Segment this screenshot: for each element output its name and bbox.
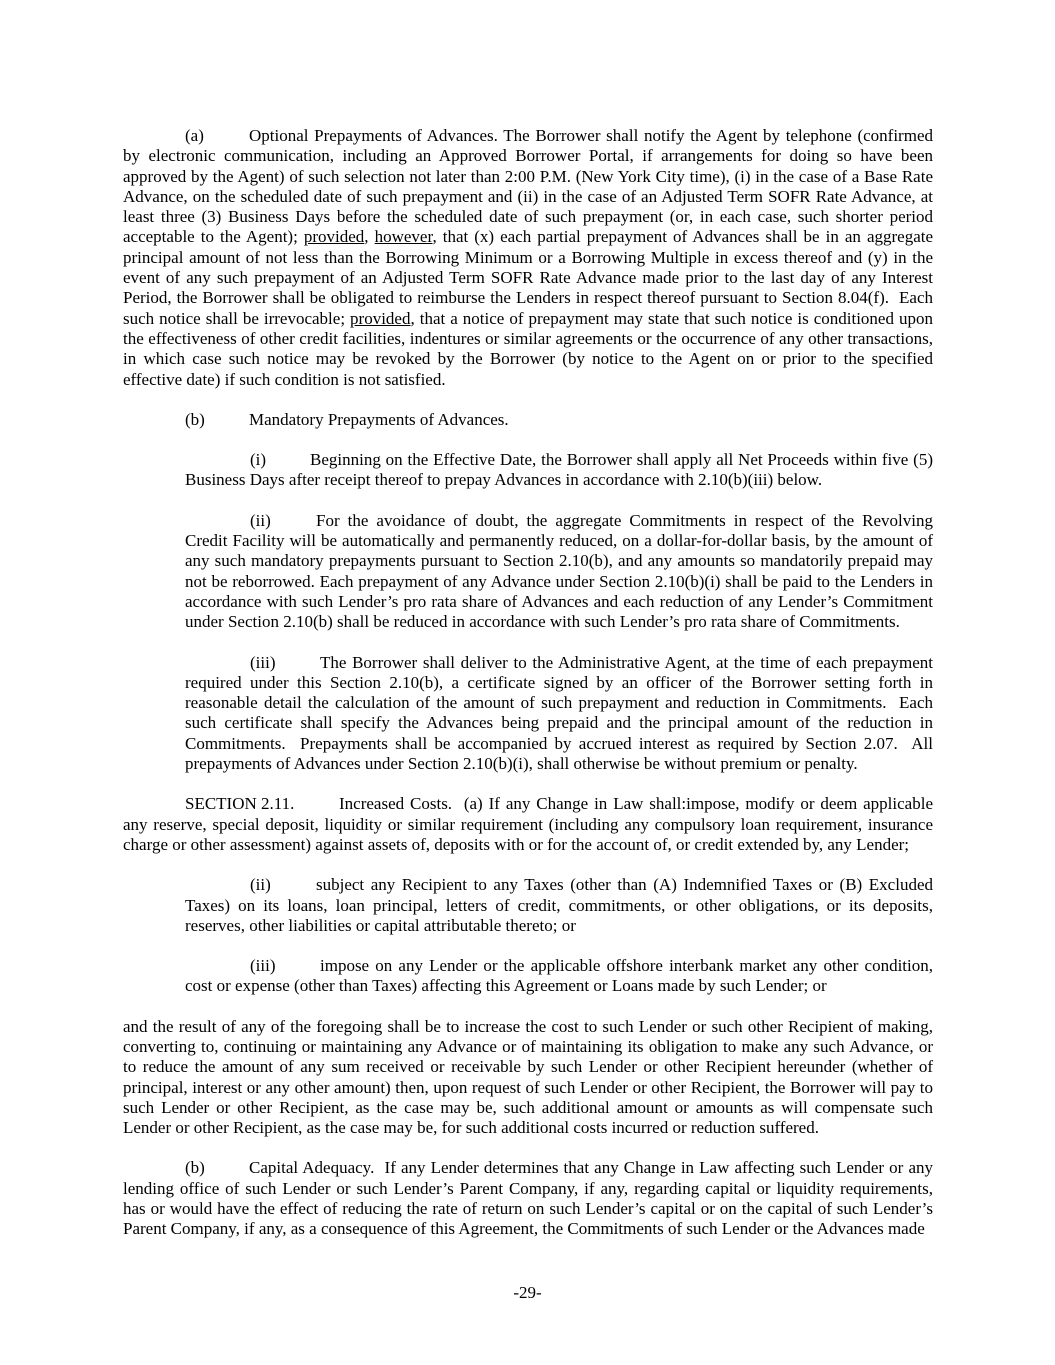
paragraph-a-optional-prepayments-label: (a) <box>185 126 249 146</box>
paragraph-b-capital-adequacy: (b)Capital Adequacy. If any Lender deter… <box>123 1158 933 1239</box>
paragraph-section-2-11-label: SECTION 2.11. <box>185 794 339 814</box>
paragraph-b-sub-ii-label: (ii) <box>250 511 316 531</box>
paragraph-b-sub-i: (i)Beginning on the Effective Date, the … <box>185 450 933 491</box>
paragraph-b-mandatory-prepayments-segment-0: Mandatory Prepayments of Advances. <box>249 410 509 429</box>
paragraph-a-optional-prepayments-segment-2: , <box>364 227 374 246</box>
paragraph-b-capital-adequacy-label: (b) <box>185 1158 249 1178</box>
paragraph-a-optional-prepayments-segment-1: provided <box>304 227 364 246</box>
paragraph-a-optional-prepayments-segment-3: however <box>375 227 433 246</box>
paragraph-b-sub-i-label: (i) <box>250 450 310 470</box>
paragraph-section-2-11-sub-iii: (iii)impose on any Lender or the applica… <box>185 956 933 997</box>
paragraph-section-2-11-sub-iii-label: (iii) <box>250 956 320 976</box>
page-number: -29- <box>0 1283 1055 1303</box>
paragraph-b-sub-iii: (iii)The Borrower shall deliver to the A… <box>185 653 933 775</box>
paragraph-b-sub-ii: (ii)For the avoidance of doubt, the aggr… <box>185 511 933 633</box>
paragraph-b-mandatory-prepayments: (b)Mandatory Prepayments of Advances. <box>123 410 933 430</box>
paragraph-and-the-result-segment-0: and the result of any of the foregoing s… <box>123 1017 933 1137</box>
paragraph-section-2-11-sub-ii: (ii)subject any Recipient to any Taxes (… <box>185 875 933 936</box>
paragraph-a-optional-prepayments: (a)Optional Prepayments of Advances. The… <box>123 126 933 390</box>
document-body: (a)Optional Prepayments of Advances. The… <box>123 126 933 1260</box>
paragraph-b-mandatory-prepayments-label: (b) <box>185 410 249 430</box>
paragraph-and-the-result: and the result of any of the foregoing s… <box>123 1017 933 1139</box>
paragraph-section-2-11-sub-ii-label: (ii) <box>250 875 316 895</box>
document-page: (a)Optional Prepayments of Advances. The… <box>0 0 1055 1365</box>
paragraph-section-2-11: SECTION 2.11.Increased Costs. (a) If any… <box>123 794 933 855</box>
paragraph-b-sub-iii-label: (iii) <box>250 653 320 673</box>
paragraph-a-optional-prepayments-segment-5: provided <box>350 309 410 328</box>
